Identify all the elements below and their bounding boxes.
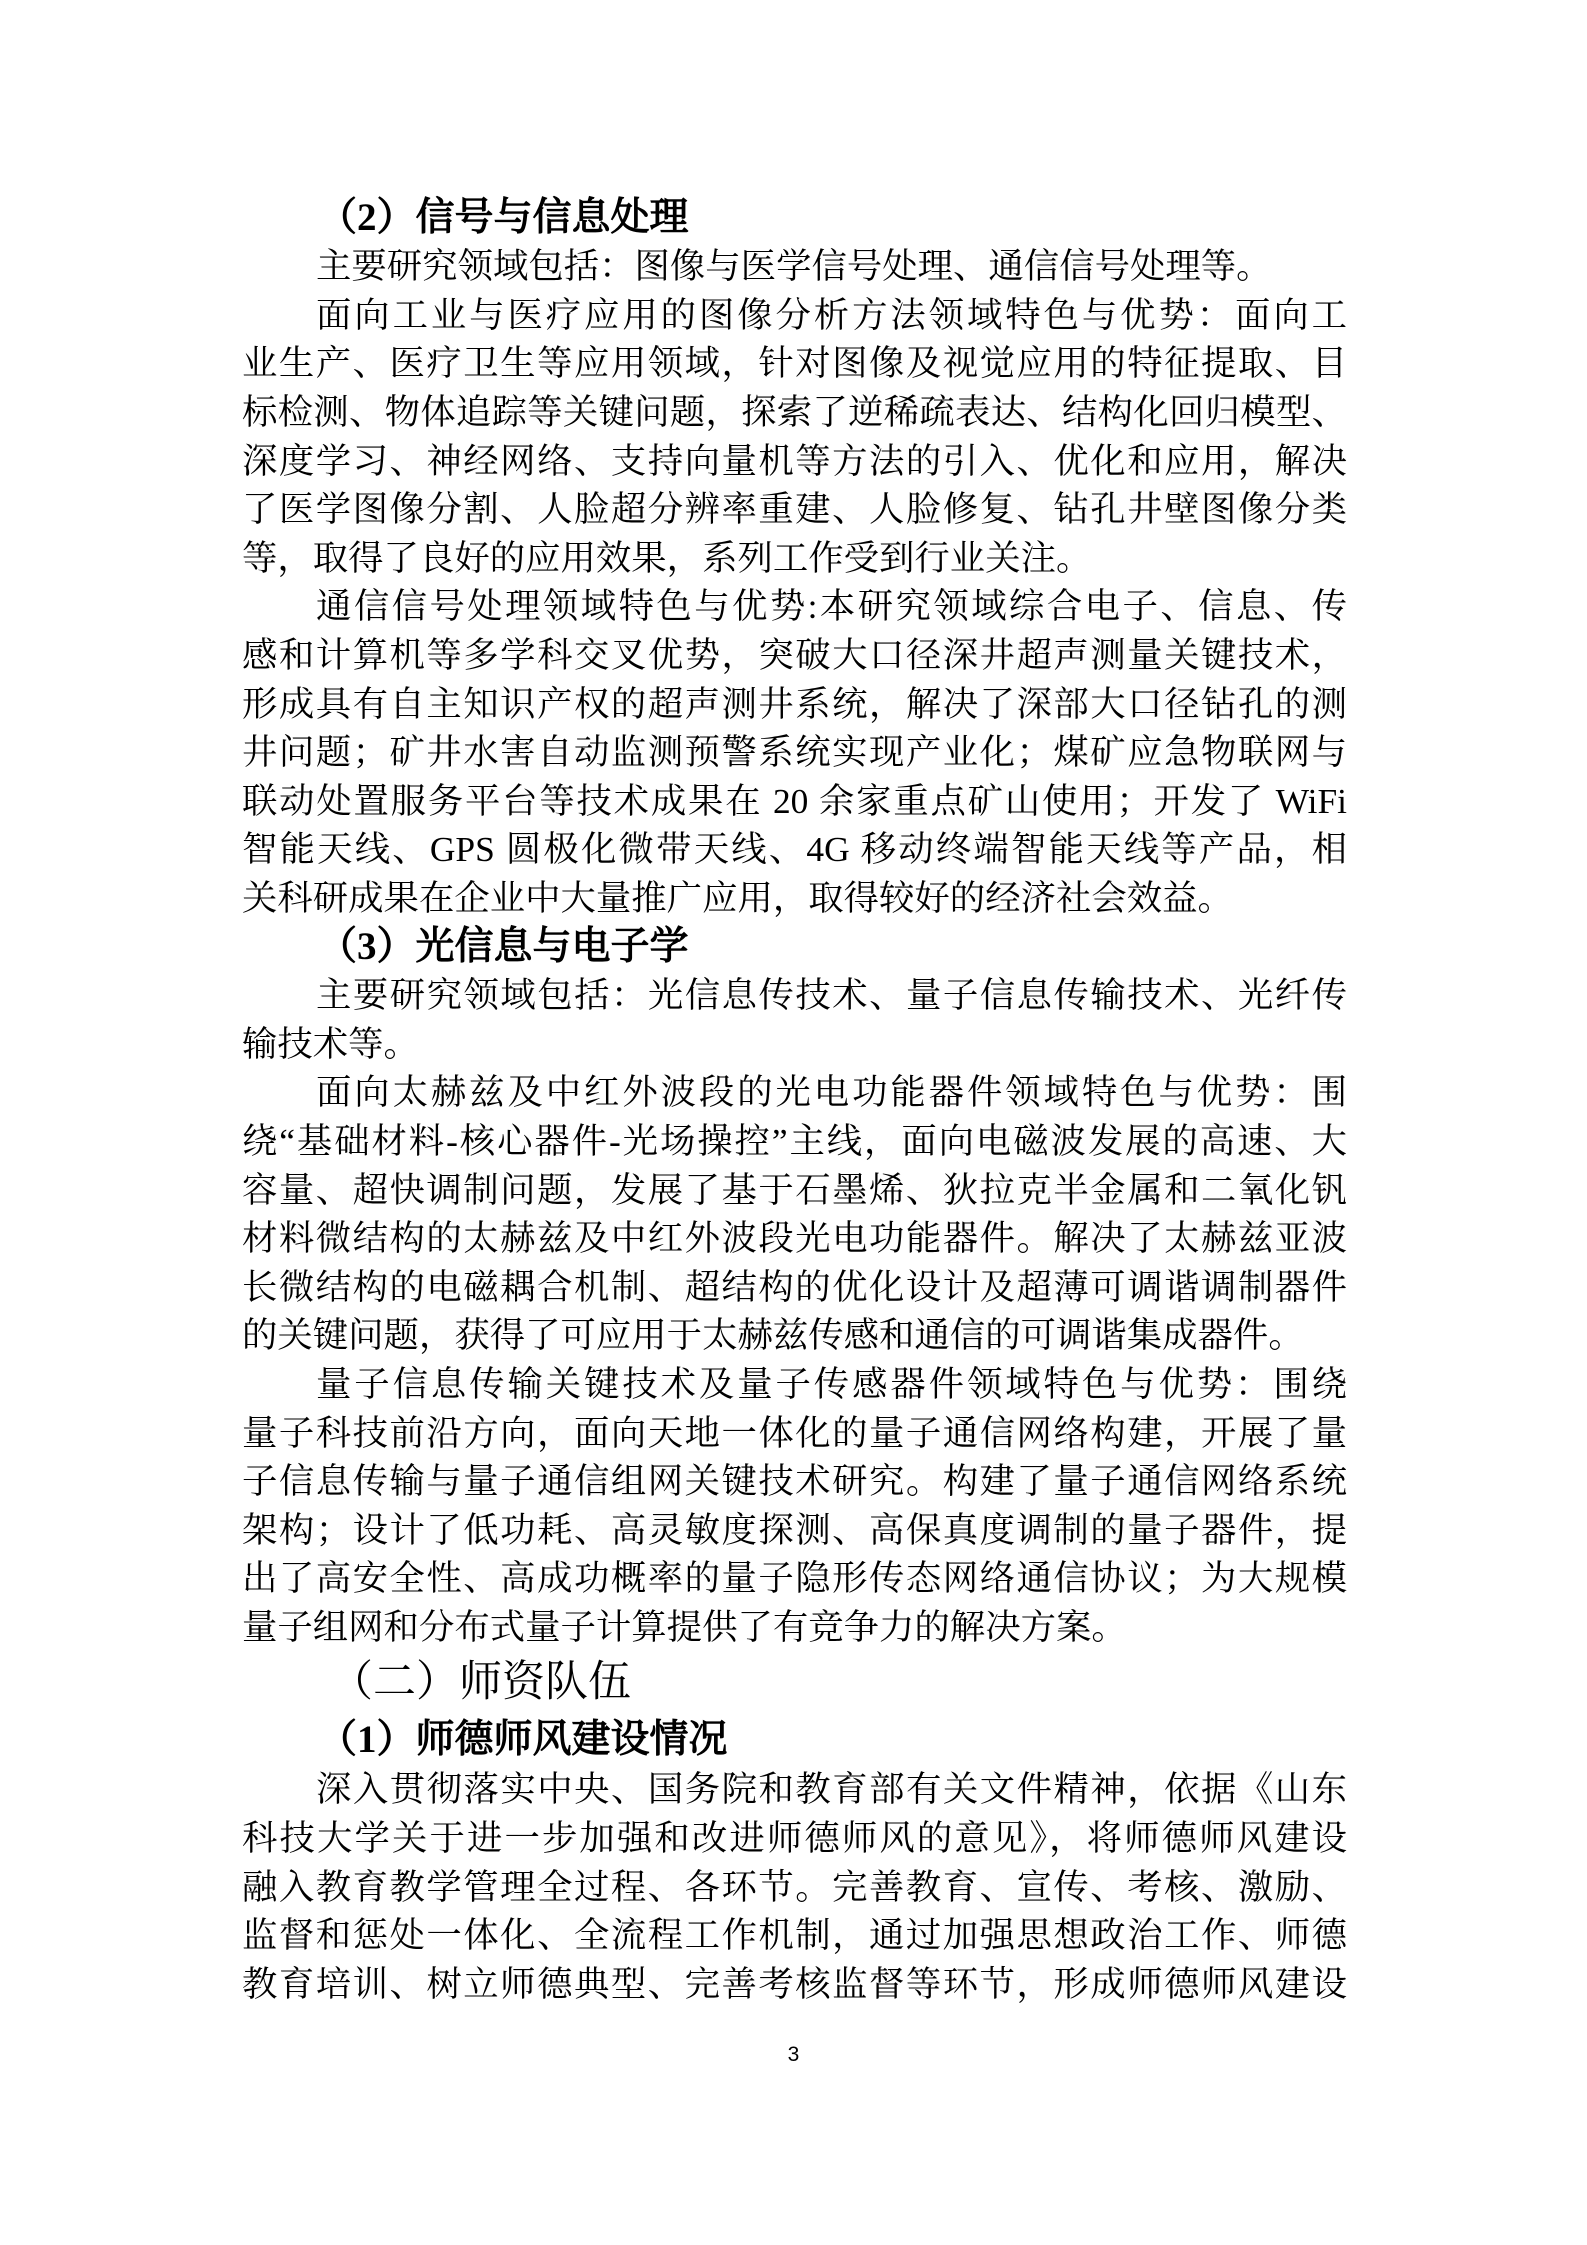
text-line: 输技术等。 xyxy=(242,1020,1347,1069)
document-page: （2）信号与信息处理 主要研究领域包括：图像与医学信号处理、通信信号处理等。 面… xyxy=(0,0,1587,2245)
text-line: 主要研究领域包括：图像与医学信号处理、通信信号处理等。 xyxy=(242,242,1347,291)
text-line: 架构；设计了低功耗、高灵敏度探测、高保真度调制的量子器件，提 xyxy=(242,1506,1347,1555)
text-line: 主要研究领域包括：光信息传技术、量子信息传输技术、光纤传 xyxy=(242,971,1347,1020)
text-line: 量子信息传输关键技术及量子传感器件领域特色与优势：围绕 xyxy=(242,1360,1347,1409)
paragraph: 通信信号处理领域特色与优势:本研究领域综合电子、信息、传 感和计算机等多学科交叉… xyxy=(242,582,1347,922)
subsection-heading: （3）光信息与电子学 xyxy=(242,923,1347,972)
paragraph: 主要研究领域包括：图像与医学信号处理、通信信号处理等。 xyxy=(242,242,1347,291)
subsection-signal-processing: （2）信号与信息处理 主要研究领域包括：图像与医学信号处理、通信信号处理等。 面… xyxy=(242,194,1347,923)
text-line: 深入贯彻落实中央、国务院和教育部有关文件精神，依据《山东 xyxy=(242,1765,1347,1814)
text-line: 容量、超快调制问题，发展了基于石墨烯、狄拉克半金属和二氧化钒 xyxy=(242,1166,1347,1215)
text-line: 量子科技前沿方向，面向天地一体化的量子通信网络构建，开展了量 xyxy=(242,1409,1347,1458)
subsection-ethics: （1）师德师风建设情况 深入贯彻落实中央、国务院和教育部有关文件精神，依据《山东… xyxy=(242,1714,1347,2008)
text-line: 形成具有自主知识产权的超声测井系统，解决了深部大口径钻孔的测 xyxy=(242,680,1347,729)
text-line: 材料微结构的太赫兹及中红外波段光电功能器件。解决了太赫兹亚波 xyxy=(242,1214,1347,1263)
text-line: 标检测、物体追踪等关键问题，探索了逆稀疏表达、结构化回归模型、 xyxy=(242,388,1347,437)
page-body: （2）信号与信息处理 主要研究领域包括：图像与医学信号处理、通信信号处理等。 面… xyxy=(242,194,1347,2009)
subsection-heading: （1）师德师风建设情况 xyxy=(242,1714,1347,1765)
section-faculty: （二）师资队伍 （1）师德师风建设情况 深入贯彻落实中央、国务院和教育部有关文件… xyxy=(242,1652,1347,2009)
text-line: 教育培训、树立师德典型、完善考核监督等环节，形成师德师风建设 xyxy=(242,1960,1347,2009)
subsection-optics-electronics: （3）光信息与电子学 主要研究领域包括：光信息传技术、量子信息传输技术、光纤传 … xyxy=(242,923,1347,1652)
text-line: 监督和惩处一体化、全流程工作机制，通过加强思想政治工作、师德 xyxy=(242,1911,1347,1960)
text-line: 关科研成果在企业中大量推广应用，取得较好的经济社会效益。 xyxy=(242,874,1347,923)
text-line: 长微结构的电磁耦合机制、超结构的优化设计及超薄可调谐调制器件 xyxy=(242,1263,1347,1312)
paragraph: 量子信息传输关键技术及量子传感器件领域特色与优势：围绕 量子科技前沿方向，面向天… xyxy=(242,1360,1347,1652)
text-line: 子信息传输与量子通信组网关键技术研究。构建了量子通信网络系统 xyxy=(242,1457,1347,1506)
text-line: 了医学图像分割、人脸超分辨率重建、人脸修复、钻孔井壁图像分类 xyxy=(242,485,1347,534)
page-number: 3 xyxy=(0,2043,1587,2067)
text-line: 通信信号处理领域特色与优势:本研究领域综合电子、信息、传 xyxy=(242,582,1347,631)
text-line: 井问题；矿井水害自动监测预警系统实现产业化；煤矿应急物联网与 xyxy=(242,728,1347,777)
paragraph: 面向工业与医疗应用的图像分析方法领域特色与优势：面向工 业生产、医疗卫生等应用领… xyxy=(242,291,1347,583)
text-line: 等，取得了良好的应用效果，系列工作受到行业关注。 xyxy=(242,534,1347,583)
text-line: 智能天线、GPS 圆极化微带天线、4G 移动终端智能天线等产品，相 xyxy=(242,825,1347,874)
text-line: 绕“基础材料-核心器件-光场操控”主线，面向电磁波发展的高速、大 xyxy=(242,1117,1347,1166)
text-line: 融入教育教学管理全过程、各环节。完善教育、宣传、考核、激励、 xyxy=(242,1863,1347,1912)
text-line: 科技大学关于进一步加强和改进师德师风的意见》，将师德师风建设 xyxy=(242,1814,1347,1863)
text-line: 感和计算机等多学科交叉优势，突破大口径深井超声测量关键技术， xyxy=(242,631,1347,680)
section-heading: （二）师资队伍 xyxy=(242,1652,1347,1715)
text-line: 联动处置服务平台等技术成果在 20 余家重点矿山使用；开发了 WiFi xyxy=(242,777,1347,826)
paragraph: 深入贯彻落实中央、国务院和教育部有关文件精神，依据《山东 科技大学关于进一步加强… xyxy=(242,1765,1347,2008)
text-line: 量子组网和分布式量子计算提供了有竞争力的解决方案。 xyxy=(242,1603,1347,1652)
paragraph: 面向太赫兹及中红外波段的光电功能器件领域特色与优势：围 绕“基础材料-核心器件-… xyxy=(242,1068,1347,1360)
text-line: 面向工业与医疗应用的图像分析方法领域特色与优势：面向工 xyxy=(242,291,1347,340)
text-line: 出了高安全性、高成功概率的量子隐形传态网络通信协议；为大规模 xyxy=(242,1554,1347,1603)
text-line: 面向太赫兹及中红外波段的光电功能器件领域特色与优势：围 xyxy=(242,1068,1347,1117)
text-line: 业生产、医疗卫生等应用领域，针对图像及视觉应用的特征提取、目 xyxy=(242,339,1347,388)
subsection-heading: （2）信号与信息处理 xyxy=(242,194,1347,243)
paragraph: 主要研究领域包括：光信息传技术、量子信息传输技术、光纤传 输技术等。 xyxy=(242,971,1347,1068)
text-line: 深度学习、神经网络、支持向量机等方法的引入、优化和应用，解决 xyxy=(242,437,1347,486)
text-line: 的关键问题，获得了可应用于太赫兹传感和通信的可调谐集成器件。 xyxy=(242,1311,1347,1360)
